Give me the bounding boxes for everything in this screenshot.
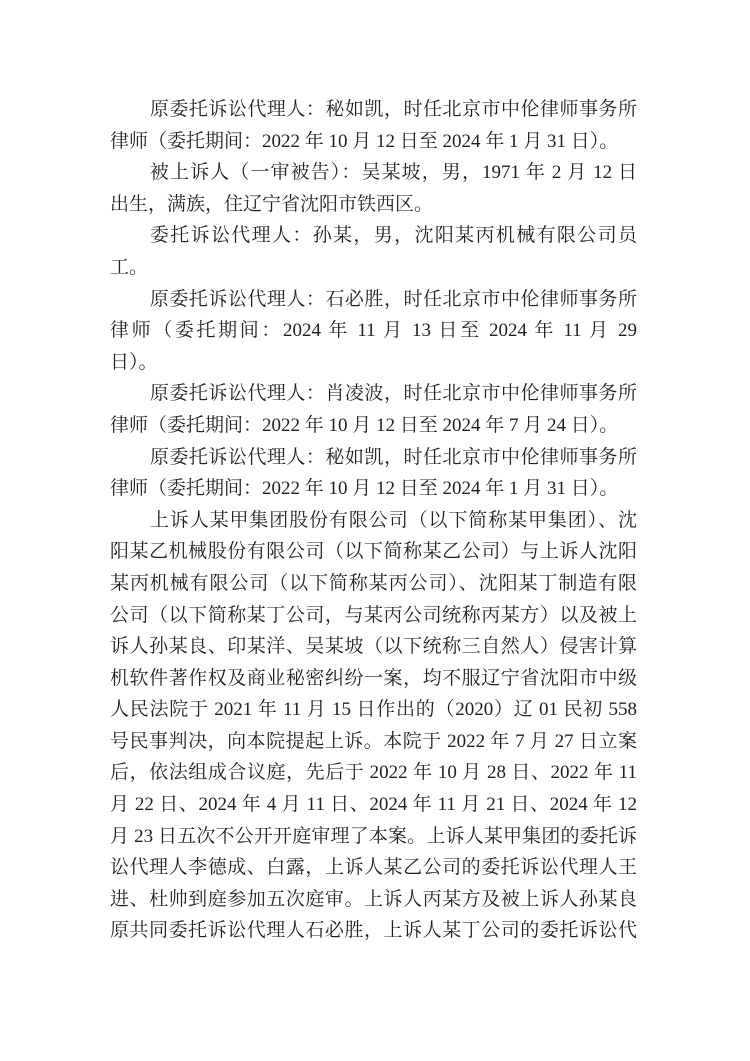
text-line: 原委托诉讼代理人：秘如凯，时任北京市中伦律师事务所 [110,94,637,126]
text-line: 律师（委托期间：2022 年 10 月 12 日至 2024 年 1 月 31 … [110,126,637,158]
text-line: 原委托诉讼代理人：肖凌波，时任北京市中伦律师事务所 [110,378,637,410]
text-line: 月 23 日五次不公开开庭审理了本案。上诉人某甲集团的委托诉 [110,821,637,853]
text-line: 出生，满族，住辽宁省沈阳市铁西区。 [110,189,637,221]
document-page: 原委托诉讼代理人：秘如凯，时任北京市中伦律师事务所律师（委托期间：2022 年 … [0,0,750,1061]
text-line: 阳某乙机械股份有限公司（以下简称某乙公司）与上诉人沈阳 [110,536,637,568]
text-line: 原委托诉讼代理人：石必胜，时任北京市中伦律师事务所 [110,284,637,316]
text-line: 月 22 日、2024 年 4 月 11 日、2024 年 11 月 21 日、… [110,789,637,821]
paragraph: 原委托诉讼代理人：秘如凯，时任北京市中伦律师事务所律师（委托期间：2022 年 … [110,442,637,505]
text-line: 原委托诉讼代理人：秘如凯，时任北京市中伦律师事务所 [110,442,637,474]
judgment-text-block: 原委托诉讼代理人：秘如凯，时任北京市中伦律师事务所律师（委托期间：2022 年 … [110,94,637,947]
text-line: 律师（委托期间：2022 年 10 月 12 日至 2024 年 1 月 31 … [110,473,637,505]
paragraph: 上诉人某甲集团股份有限公司（以下简称某甲集团）、沈阳某乙机械股份有限公司（以下简… [110,505,637,947]
text-line: 机软件著作权及商业秘密纠纷一案，均不服辽宁省沈阳市中级 [110,663,637,695]
text-line: 人民法院于 2021 年 11 月 15 日作出的（2020）辽 01 民初 5… [110,694,637,726]
paragraph: 原委托诉讼代理人：石必胜，时任北京市中伦律师事务所律师（委托期间：2024 年 … [110,284,637,379]
text-line: 诉人孙某良、印某洋、吴某坡（以下统称三自然人）侵害计算 [110,631,637,663]
text-line: 讼代理人李德成、白露，上诉人某乙公司的委托诉讼代理人王 [110,852,637,884]
text-line: 后，依法组成合议庭，先后于 2022 年 10 月 28 日、2022 年 11 [110,757,637,789]
paragraph: 被上诉人（一审被告）：吴某坡，男，1971 年 2 月 12 日出生，满族，住辽… [110,157,637,220]
paragraph: 原委托诉讼代理人：肖凌波，时任北京市中伦律师事务所律师（委托期间：2022 年 … [110,378,637,441]
paragraph: 原委托诉讼代理人：秘如凯，时任北京市中伦律师事务所律师（委托期间：2022 年 … [110,94,637,157]
text-line: 原共同委托诉讼代理人石必胜，上诉人某丁公司的委托诉讼代 [110,915,637,947]
text-line: 被上诉人（一审被告）：吴某坡，男，1971 年 2 月 12 日 [110,157,637,189]
text-line: 委托诉讼代理人：孙某，男，沈阳某丙机械有限公司员 [110,220,637,252]
text-line: 律师（委托期间：2022 年 10 月 12 日至 2024 年 7 月 24 … [110,410,637,442]
text-line: 公司（以下简称某丁公司，与某丙公司统称丙某方）以及被上 [110,600,637,632]
text-line: 日）。 [110,347,637,379]
text-line: 律师（委托期间：2024 年 11 月 13 日至 2024 年 11 月 29 [110,315,637,347]
text-line: 号民事判决，向本院提起上诉。本院于 2022 年 7 月 27 日立案 [110,726,637,758]
text-line: 工。 [110,252,637,284]
paragraph: 委托诉讼代理人：孙某，男，沈阳某丙机械有限公司员工。 [110,220,637,283]
text-line: 上诉人某甲集团股份有限公司（以下简称某甲集团）、沈 [110,505,637,537]
text-line: 某丙机械有限公司（以下简称某丙公司）、沈阳某丁制造有限 [110,568,637,600]
text-line: 进、杜帅到庭参加五次庭审。上诉人丙某方及被上诉人孙某良 [110,884,637,916]
